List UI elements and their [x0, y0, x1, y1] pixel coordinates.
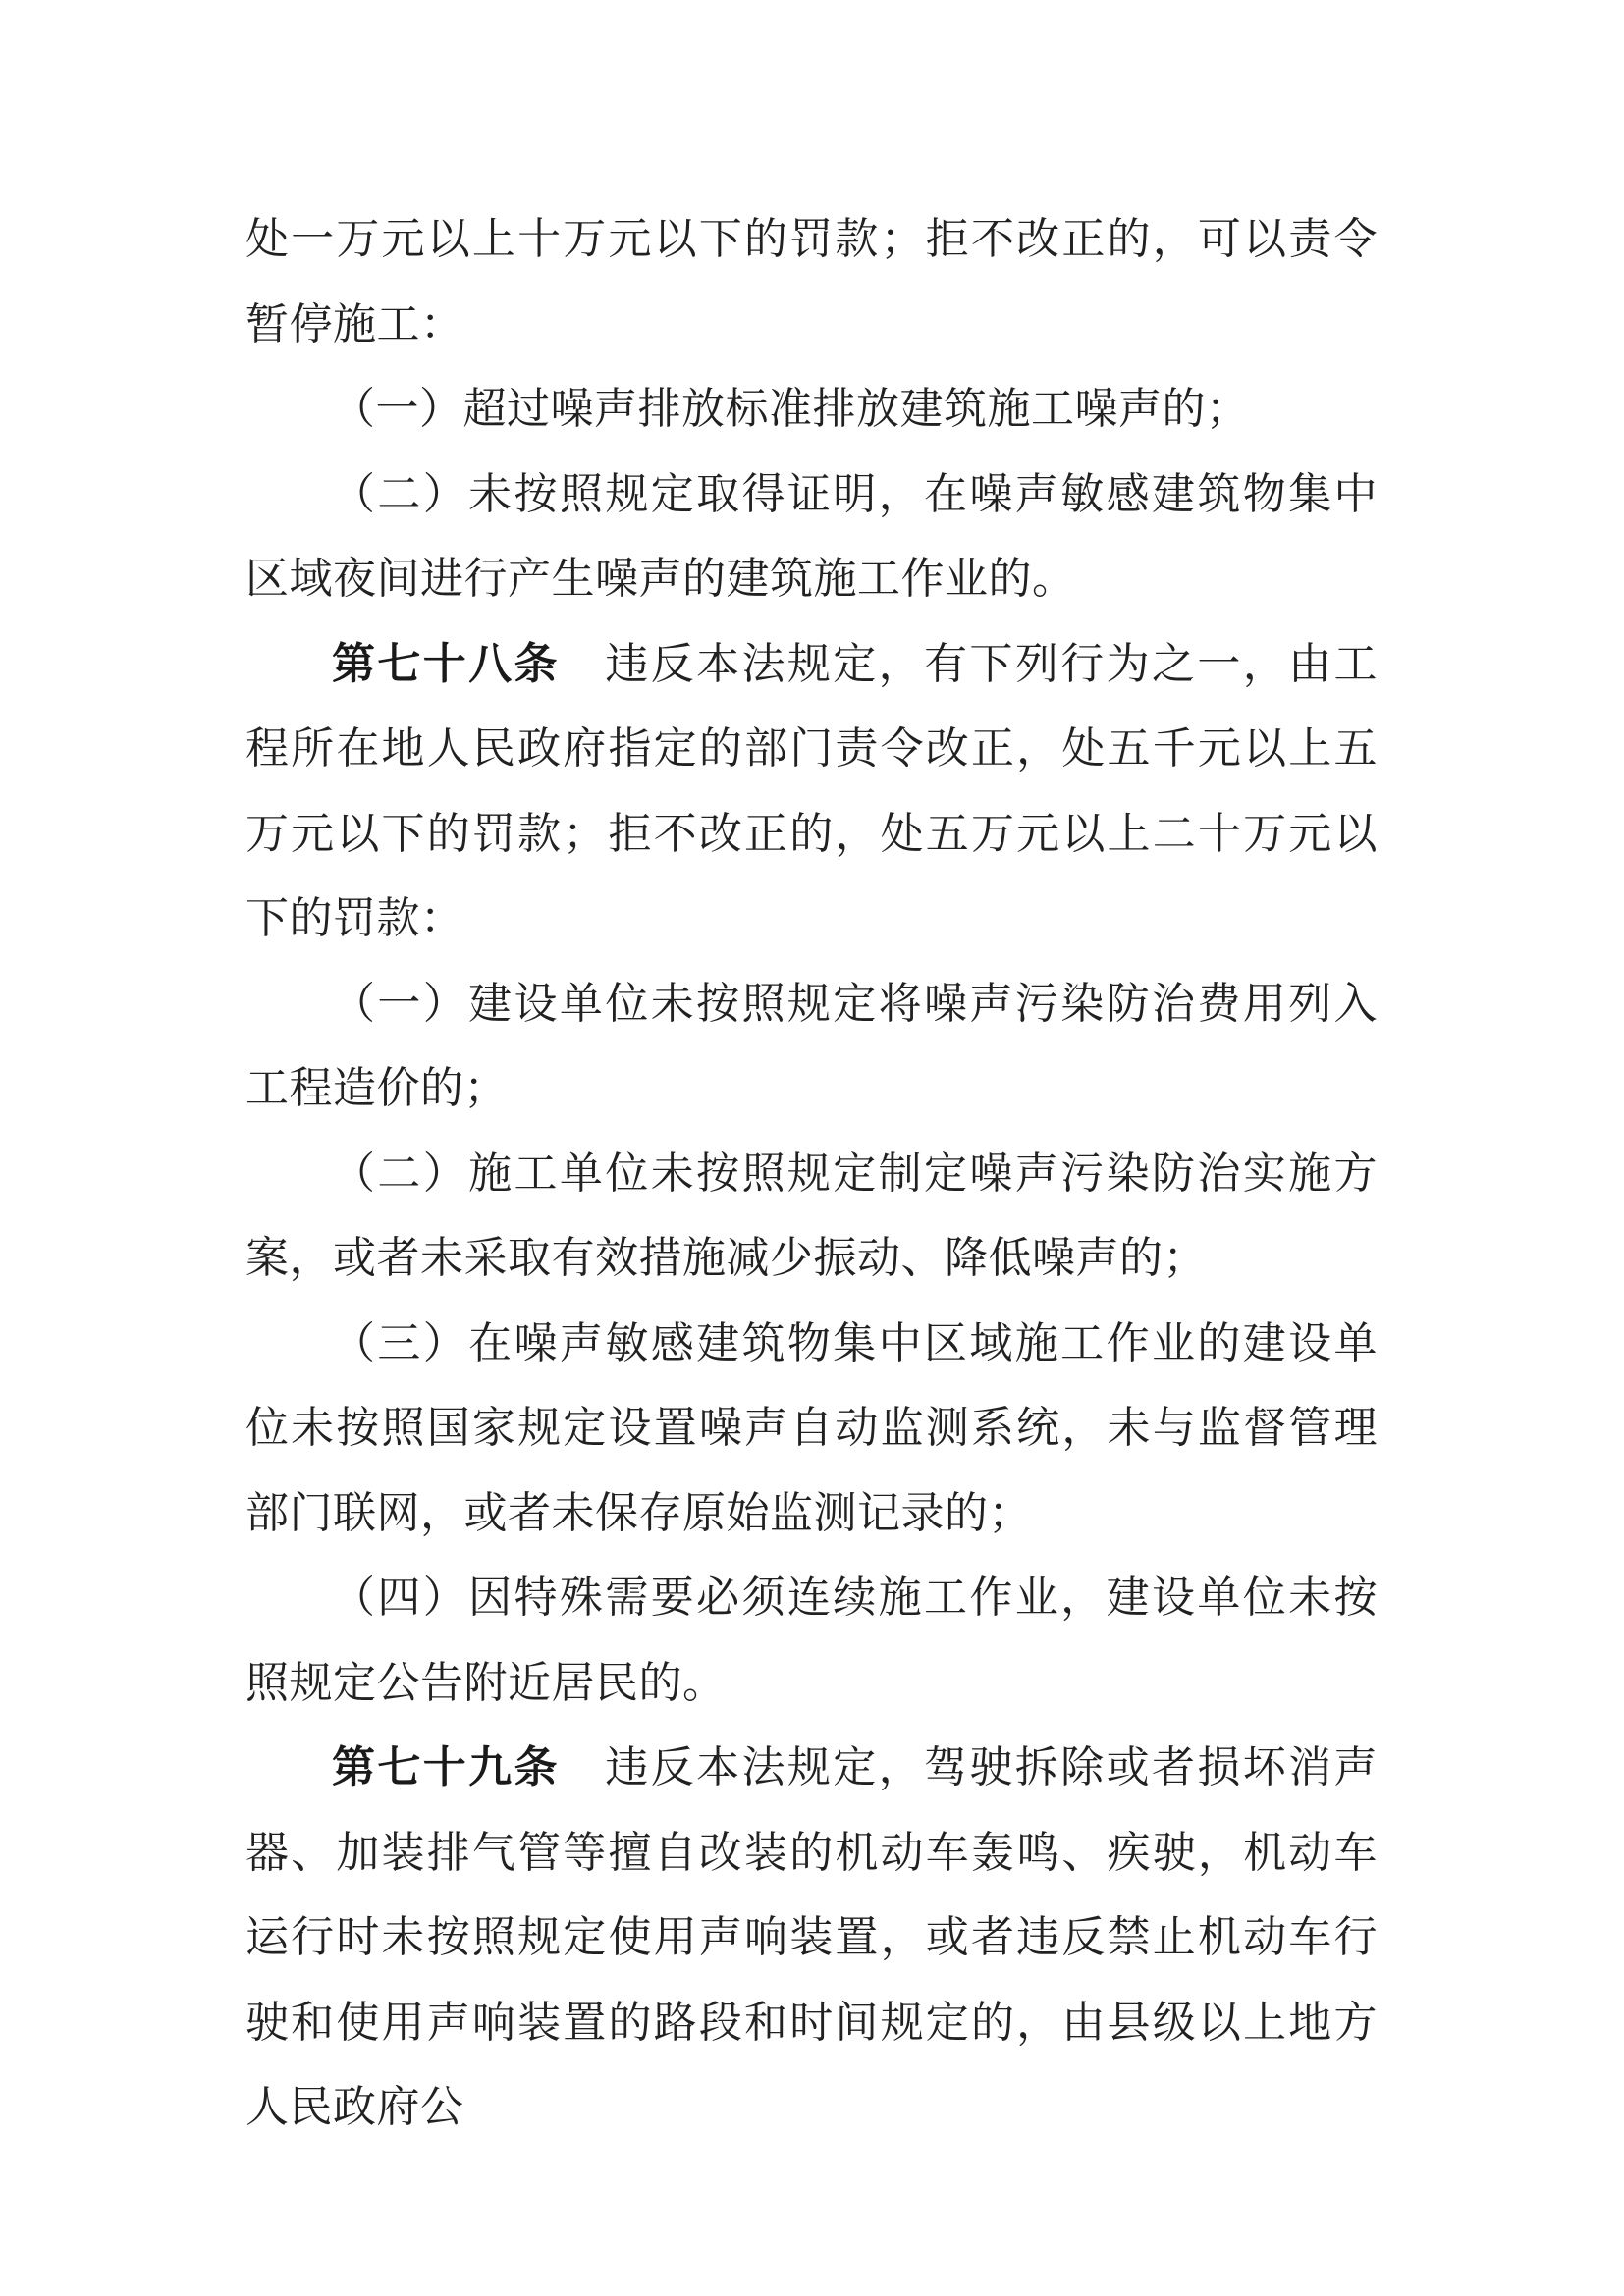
- text-run: （四）因特殊需要必须连续施工作业，建设单位未按照规定公告附近居民的。: [245, 1574, 1378, 1707]
- paragraph: （二）施工单位未按照规定制定噪声污染防治实施方案，或者未采取有效措施减少振动、降…: [245, 1132, 1378, 1302]
- text-run: （三）在噪声敏感建筑物集中区域施工作业的建设单位未按照国家规定设置噪声自动监测系…: [245, 1319, 1378, 1537]
- text-run: 处一万元以上十万元以下的罚款；拒不改正的，可以责令暂停施工：: [245, 215, 1378, 348]
- paragraph: 第七十八条 违反本法规定，有下列行为之一，由工程所在地人民政府指定的部门责令改正…: [245, 622, 1378, 962]
- paragraph: （三）在噪声敏感建筑物集中区域施工作业的建设单位未按照国家规定设置噪声自动监测系…: [245, 1302, 1378, 1557]
- text-run: （一）超过噪声排放标准排放建筑施工噪声的；: [332, 385, 1250, 433]
- article-number: 第七十九条: [332, 1743, 560, 1791]
- paragraph: （一）超过噪声排放标准排放建筑施工噪声的；: [245, 367, 1378, 453]
- text-run: 违反本法规定，驾驶拆除或者损坏消声器、加装排气管等擅自改装的机动车轰鸣、疾驶，机…: [245, 1743, 1378, 2131]
- document-page: 处一万元以上十万元以下的罚款；拒不改正的，可以责令暂停施工：（一）超过噪声排放标…: [0, 0, 1624, 2296]
- text-run: （二）施工单位未按照规定制定噪声污染防治实施方案，或者未采取有效措施减少振动、降…: [245, 1149, 1378, 1283]
- text-run: （二）未按照规定取得证明，在噪声敏感建筑物集中区域夜间进行产生噪声的建筑施工作业…: [245, 470, 1378, 604]
- paragraph: （四）因特殊需要必须连续施工作业，建设单位未按照规定公告附近居民的。: [245, 1556, 1378, 1726]
- paragraph: 第七十九条 违反本法规定，驾驶拆除或者损坏消声器、加装排气管等擅自改装的机动车轰…: [245, 1726, 1378, 2151]
- article-number: 第七十八条: [332, 640, 560, 688]
- paragraph: （二）未按照规定取得证明，在噪声敏感建筑物集中区域夜间进行产生噪声的建筑施工作业…: [245, 453, 1378, 622]
- paragraph: （一）建设单位未按照规定将噪声污染防治费用列入工程造价的；: [245, 962, 1378, 1132]
- text-run: （一）建设单位未按照规定将噪声污染防治费用列入工程造价的；: [245, 980, 1378, 1113]
- paragraph: 处一万元以上十万元以下的罚款；拒不改正的，可以责令暂停施工：: [245, 197, 1378, 367]
- document-body: 处一万元以上十万元以下的罚款；拒不改正的，可以责令暂停施工：（一）超过噪声排放标…: [245, 197, 1378, 2151]
